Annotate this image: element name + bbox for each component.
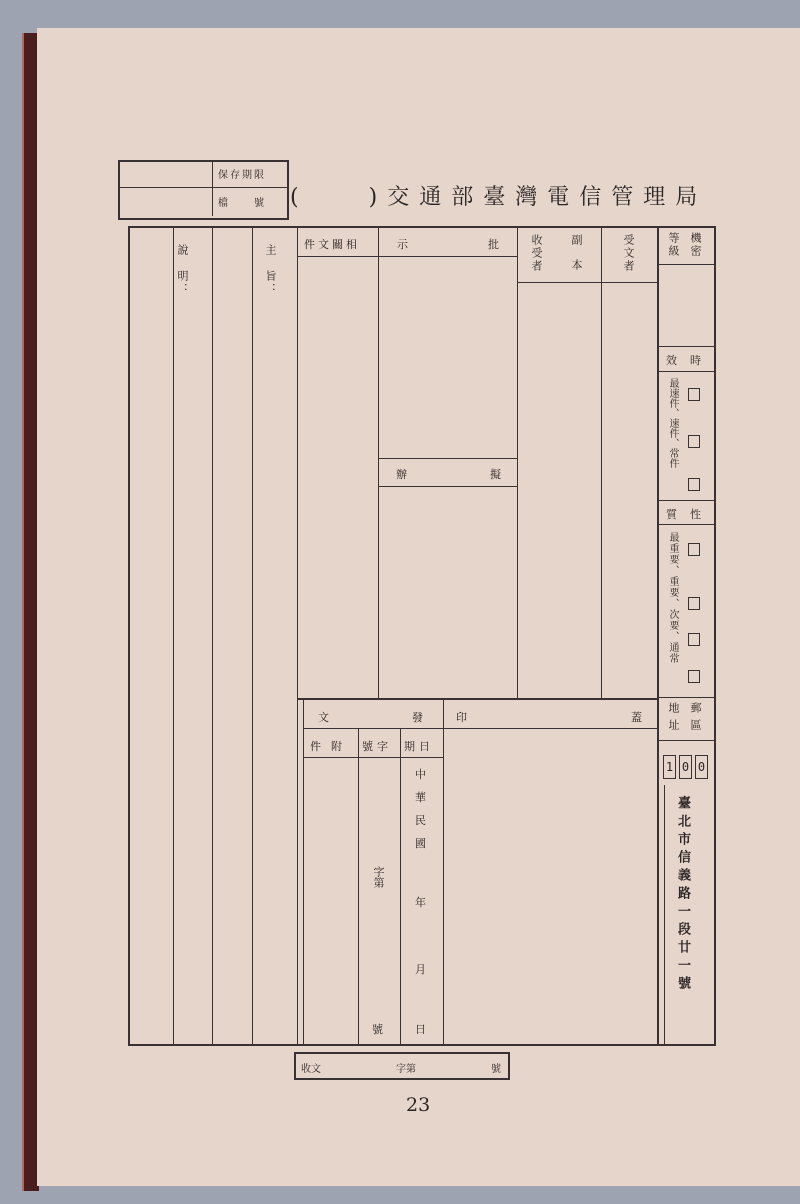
security-label-a: 機密 bbox=[690, 232, 701, 258]
col-divider-3 bbox=[252, 228, 253, 1044]
date-char-zhong: 中 bbox=[415, 766, 426, 782]
dispatch-section-top bbox=[297, 698, 657, 700]
header-box-divider bbox=[118, 187, 287, 188]
receipt-middle: 字第 bbox=[396, 1060, 416, 1075]
explanation-field[interactable] bbox=[130, 230, 172, 1042]
header-box-vdivider bbox=[212, 160, 213, 216]
number-column-mid: 字第 bbox=[370, 866, 386, 888]
attachment-label: 件附 bbox=[310, 738, 352, 754]
title-open-paren: ( bbox=[290, 185, 309, 210]
col-divider-1 bbox=[173, 228, 174, 1044]
draft-field[interactable] bbox=[380, 488, 516, 696]
subject-label: 主 旨： bbox=[265, 244, 276, 296]
seal-label-b: 蓋 bbox=[631, 709, 642, 725]
seal-label-a: 印 bbox=[456, 709, 467, 725]
related-docs-field[interactable] bbox=[299, 258, 377, 696]
timeliness-options-text: 最速件、速件、常件 bbox=[667, 378, 677, 468]
page-number: 23 bbox=[406, 1094, 430, 1116]
zip-digit-1[interactable]: 1 bbox=[663, 755, 676, 779]
col-divider-5 bbox=[378, 228, 379, 698]
instruction-field[interactable] bbox=[380, 258, 516, 456]
address-inner-line-left bbox=[664, 785, 665, 1044]
most-important-checkbox[interactable] bbox=[688, 543, 700, 556]
dispatch-seal-divider bbox=[443, 698, 444, 1044]
date-char-min: 民 bbox=[415, 812, 426, 828]
address-header-bottom bbox=[657, 740, 716, 741]
dispatch-subheader-bottom bbox=[303, 757, 443, 758]
date-label: 期日 bbox=[404, 738, 434, 754]
retention-value-field[interactable] bbox=[120, 162, 210, 186]
attachment-field[interactable] bbox=[305, 759, 357, 1042]
retention-period-label: 保存期限 bbox=[218, 166, 266, 181]
instruction-label-left: 示 bbox=[397, 236, 408, 252]
nature-header-bottom bbox=[657, 524, 716, 525]
urgent-checkbox[interactable] bbox=[688, 435, 700, 448]
nature-top bbox=[657, 500, 716, 501]
date-char-hua: 華 bbox=[415, 789, 426, 805]
col-divider-2 bbox=[212, 228, 213, 1044]
header-row-bottom bbox=[297, 256, 517, 257]
subject-field[interactable] bbox=[214, 230, 250, 1042]
draft-row-bottom bbox=[378, 486, 517, 487]
nature-label-b: 性 bbox=[690, 506, 701, 522]
address-top bbox=[657, 697, 716, 698]
copy-recipient-label-b: 副本 bbox=[571, 234, 582, 284]
address-label: 地址 bbox=[668, 702, 679, 736]
dispatch-col-divider-1 bbox=[358, 728, 359, 1044]
title-close-paren: ) bbox=[369, 185, 388, 210]
normal-speed-checkbox[interactable] bbox=[688, 478, 700, 491]
draft-label-left: 辦 bbox=[396, 466, 407, 482]
draft-row-top bbox=[378, 458, 517, 459]
zip-label: 郵區 bbox=[690, 702, 701, 736]
address-text: 臺北市信義路一段廿一號 bbox=[676, 796, 689, 994]
col-divider-8 bbox=[657, 228, 659, 1044]
file-number-label: 檔 號 bbox=[218, 194, 266, 209]
date-month-label: 月 bbox=[415, 961, 426, 977]
timeliness-label-b: 時 bbox=[690, 352, 701, 368]
date-day-label: 日 bbox=[415, 1021, 426, 1037]
important-checkbox[interactable] bbox=[688, 597, 700, 610]
receipt-end: 號 bbox=[491, 1060, 501, 1075]
copy-recipient-label-a: 收受者 bbox=[531, 234, 542, 273]
recipient-field[interactable] bbox=[603, 284, 656, 696]
col-divider-4 bbox=[297, 228, 298, 1044]
dispatch-left-edge bbox=[303, 698, 304, 1044]
security-header-bottom bbox=[657, 264, 716, 265]
instruction-label-right: 批 bbox=[488, 236, 499, 252]
number-column-end: 號 bbox=[372, 1021, 383, 1037]
col-divider-7 bbox=[601, 228, 602, 698]
dispatch-header-bottom bbox=[303, 728, 657, 729]
receipt-field[interactable] bbox=[330, 1055, 390, 1077]
draft-label-right: 擬 bbox=[490, 466, 501, 482]
ordinary-checkbox[interactable] bbox=[688, 670, 700, 683]
security-level-field[interactable] bbox=[660, 266, 714, 344]
nature-label-a: 質 bbox=[666, 506, 677, 522]
zip-digit-3[interactable]: 0 bbox=[695, 755, 708, 779]
date-year-label: 年 bbox=[415, 894, 426, 910]
copy-recipient-field[interactable] bbox=[519, 284, 600, 696]
timeliness-top bbox=[657, 346, 716, 347]
explanation-label: 說 明： bbox=[177, 244, 188, 296]
related-docs-text: 相關文件 bbox=[304, 238, 360, 251]
secondary-checkbox[interactable] bbox=[688, 633, 700, 646]
number-label: 號字 bbox=[362, 738, 392, 754]
receipt-label: 收文 bbox=[301, 1060, 321, 1075]
dispatch-col-divider-2 bbox=[400, 728, 401, 1044]
dispatch-label-a: 文 bbox=[318, 709, 329, 725]
recipient-header-bottom bbox=[517, 282, 657, 283]
security-label-b: 等級 bbox=[668, 232, 679, 258]
nature-options-text: 最重要、重要、次要、通常 bbox=[667, 532, 677, 664]
page-title: ()局理管信電灣臺部通交 bbox=[290, 180, 707, 211]
col-divider-6 bbox=[517, 228, 518, 698]
title-agency-name: 局理管信電灣臺部通交 bbox=[387, 185, 707, 210]
timeliness-header-bottom bbox=[657, 371, 716, 372]
related-docs-label: 相關文件 bbox=[304, 236, 360, 252]
recipient-label: 受文者 bbox=[623, 234, 634, 273]
timeliness-label-a: 效 bbox=[666, 352, 677, 368]
seal-field[interactable] bbox=[445, 730, 655, 1042]
zip-digit-2[interactable]: 0 bbox=[679, 755, 692, 779]
file-no-value-field[interactable] bbox=[120, 189, 210, 215]
date-char-guo: 國 bbox=[415, 835, 426, 851]
dispatch-label-b: 發 bbox=[412, 709, 423, 725]
most-urgent-checkbox[interactable] bbox=[688, 388, 700, 401]
